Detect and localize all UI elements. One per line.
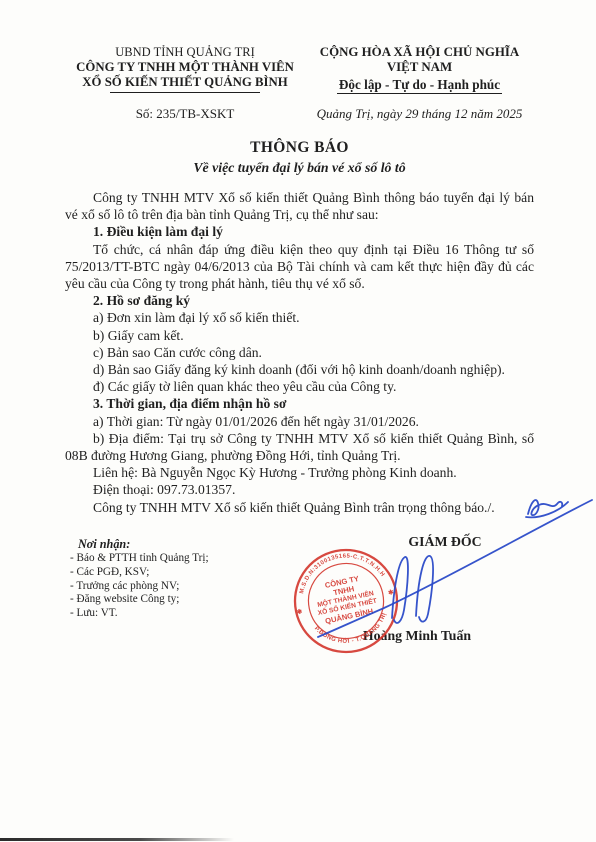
document-title: THÔNG BÁO bbox=[65, 139, 534, 157]
recipients-list: - Báo & PTTH tỉnh Quảng Trị;- Các PGĐ, K… bbox=[70, 552, 290, 621]
national-header-block: CỘNG HÒA XÃ HỘI CHỦ NGHĨA VIỆT NAM Độc l… bbox=[305, 45, 534, 122]
body-paragraph: a) Đơn xin làm đại lý xổ số kiến thiết. bbox=[65, 309, 534, 326]
body-paragraph: Điện thoại: 097.73.01357. bbox=[65, 481, 534, 498]
signature-loop-2 bbox=[416, 556, 433, 622]
recipient-item: - Đăng website Công ty; bbox=[70, 593, 290, 607]
scan-artifact-line bbox=[0, 838, 234, 841]
body-paragraph: 3. Thời gian, địa điểm nhận hồ sơ bbox=[65, 395, 534, 412]
national-motto-line2-wrap: Độc lập - Tự do - Hạnh phúc bbox=[305, 76, 534, 94]
issuer-underline bbox=[110, 92, 260, 93]
place-and-date: Quảng Trị, ngày 29 tháng 12 năm 2025 bbox=[305, 106, 534, 122]
issuer-block: UBND TỈNH QUẢNG TRỊ CÔNG TY TNHH MỘT THÀ… bbox=[65, 45, 305, 122]
document-body: Công ty TNHH MTV Xổ số kiến thiết Quảng … bbox=[65, 189, 534, 516]
document-subtitle: Về việc tuyển đại lý bán vé xổ số lô tô bbox=[65, 160, 534, 176]
recipient-item: - Các PGĐ, KSV; bbox=[70, 566, 290, 580]
body-paragraph: Công ty TNHH MTV Xổ số kiến thiết Quảng … bbox=[65, 189, 534, 223]
issuer-company-line1: CÔNG TY TNHH MỘT THÀNH VIÊN bbox=[65, 60, 305, 75]
body-paragraph: Liên hệ: Bà Nguyễn Ngọc Kỳ Hương - Trưởn… bbox=[65, 464, 534, 481]
body-paragraph: b) Địa điểm: Tại trụ sở Công ty TNHH MTV… bbox=[65, 430, 534, 464]
recipient-item: - Lưu: VT. bbox=[70, 607, 290, 621]
title-block: THÔNG BÁO Về việc tuyển đại lý bán vé xổ… bbox=[65, 139, 534, 176]
national-motto-line2: Độc lập - Tự do - Hạnh phúc bbox=[337, 77, 502, 94]
body-paragraph: đ) Các giấy tờ liên quan khác theo yêu c… bbox=[65, 378, 534, 395]
body-paragraph: 2. Hồ sơ đăng ký bbox=[65, 292, 534, 309]
body-paragraph: Công ty TNHH MTV Xổ số kiến thiết Quảng … bbox=[65, 499, 534, 516]
seal-star-right-icon: ✱ bbox=[387, 588, 395, 597]
national-motto-line1: CỘNG HÒA XÃ HỘI CHỦ NGHĨA VIỆT NAM bbox=[305, 45, 534, 75]
recipients-block: Nơi nhận: - Báo & PTTH tỉnh Quảng Trị;- … bbox=[70, 537, 290, 621]
issuer-parent-org: UBND TỈNH QUẢNG TRỊ bbox=[65, 45, 305, 60]
body-paragraph: 1. Điều kiện làm đại lý bbox=[65, 223, 534, 240]
recipient-item: - Trưởng các phòng NV; bbox=[70, 580, 290, 594]
seal-star-left-icon: ✱ bbox=[296, 607, 304, 616]
body-paragraph: d) Bản sao Giấy đăng ký kinh doanh (đối … bbox=[65, 361, 534, 378]
scanned-document-page: UBND TỈNH QUẢNG TRỊ CÔNG TY TNHH MỘT THÀ… bbox=[0, 0, 596, 842]
document-number: Số: 235/TB-XSKT bbox=[65, 106, 305, 122]
recipients-label: Nơi nhận: bbox=[70, 537, 290, 552]
recipient-item: - Báo & PTTH tỉnh Quảng Trị; bbox=[70, 552, 290, 566]
document-header: UBND TỈNH QUẢNG TRỊ CÔNG TY TNHH MỘT THÀ… bbox=[65, 45, 534, 122]
issuer-company-line2: XỔ SỐ KIẾN THIẾT QUẢNG BÌNH bbox=[65, 75, 305, 90]
document-content: UBND TỈNH QUẢNG TRỊ CÔNG TY TNHH MỘT THÀ… bbox=[65, 45, 534, 516]
body-paragraph: c) Bản sao Căn cước công dân. bbox=[65, 344, 534, 361]
body-paragraph: Tổ chức, cá nhân đáp ứng điều kiện theo … bbox=[65, 241, 534, 293]
company-seal: M.S.D.N:3100135165-C.T.T.N.H.H P.ĐỒNG HỚ… bbox=[283, 538, 409, 664]
body-paragraph: a) Thời gian: Từ ngày 01/01/2026 đến hết… bbox=[65, 413, 534, 430]
body-paragraph: b) Giấy cam kết. bbox=[65, 327, 534, 344]
